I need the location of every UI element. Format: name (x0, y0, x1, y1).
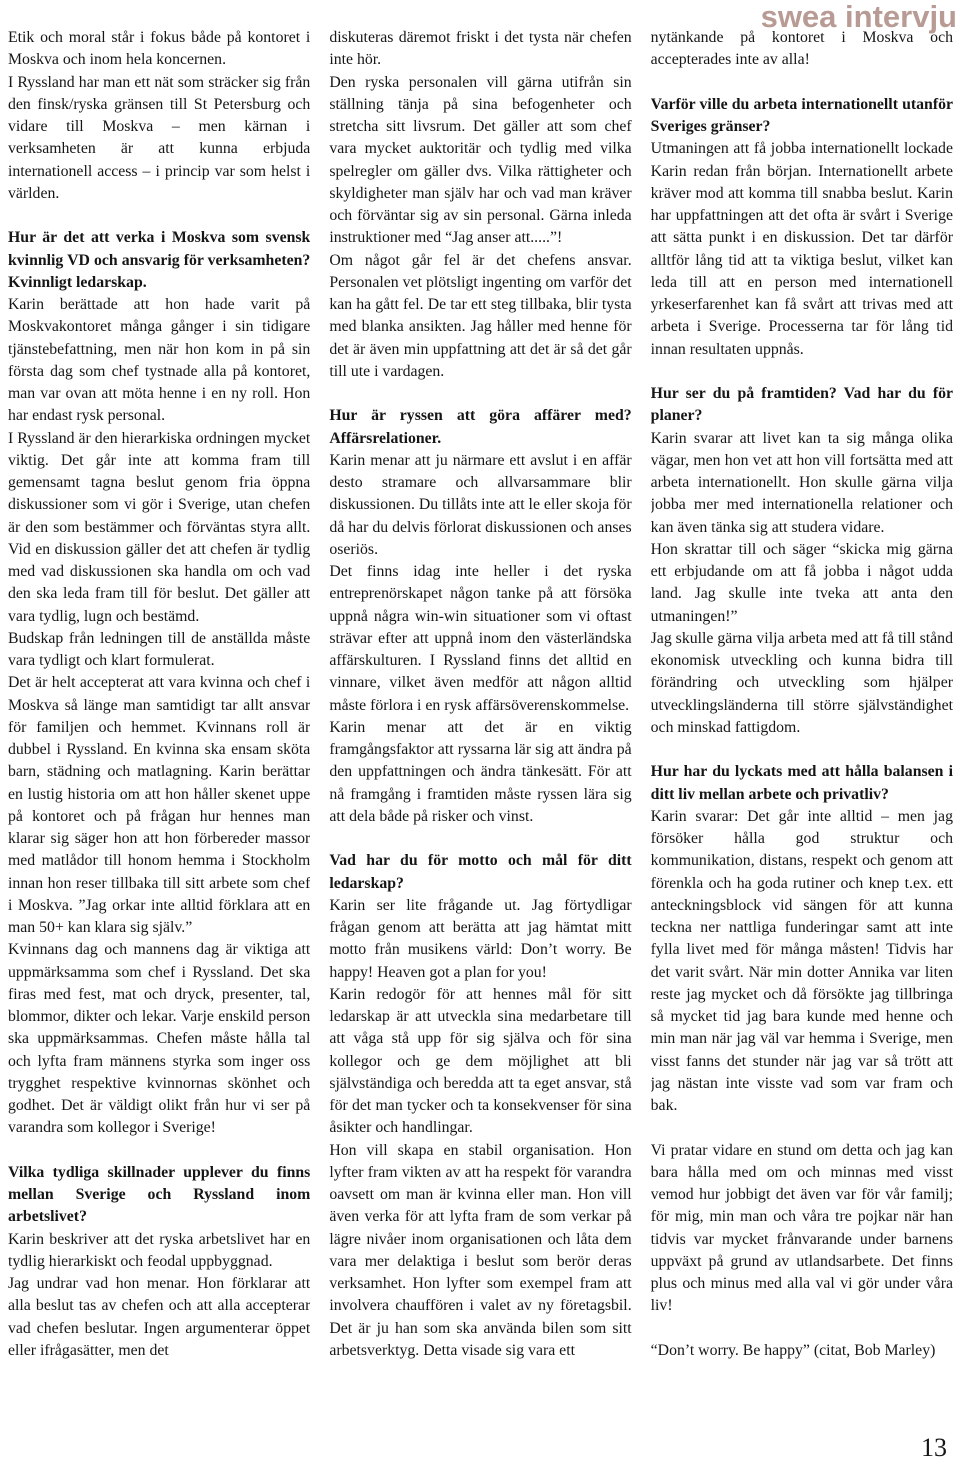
paragraph: “Don’t worry. Be happy” (citat, Bob Marl… (651, 1340, 953, 1362)
paragraph: I Ryssland är den hierarkiska ordningen … (8, 428, 310, 628)
paragraph: Vi pratar vidare en stund om detta och j… (651, 1140, 953, 1318)
spacer (329, 828, 631, 850)
spacer (8, 205, 310, 227)
paragraph: Jag undrar vad hon menar. Hon förklarar … (8, 1273, 310, 1362)
spacer (651, 1318, 953, 1340)
paragraph: Karin svarar att livet kan ta sig många … (651, 428, 953, 539)
paragraph: Karin ser lite frågande ut. Jag förtydli… (329, 895, 631, 984)
section-heading: Varför ville du arbeta internationellt u… (651, 94, 953, 139)
section-heading: Vad har du för motto och mål för ditt le… (329, 850, 631, 895)
spacer (651, 1117, 953, 1139)
section-heading: Hur har du lyckats med att hålla balanse… (651, 761, 953, 806)
column: diskuteras däremot friskt i det tysta nä… (329, 27, 631, 1447)
paragraph: Karin menar att ju närmare ett avslut i … (329, 450, 631, 561)
magazine-page: swea intervju Etik och moral står i foku… (0, 0, 960, 1468)
paragraph: Karin menar att det är en viktig framgån… (329, 717, 631, 828)
paragraph: Karin beskriver att det ryska arbetslive… (8, 1229, 310, 1274)
paragraph: Karin svarar: Det går inte alltid – men … (651, 806, 953, 1118)
paragraph: Etik och moral står i fokus både på kont… (8, 27, 310, 72)
spacer (651, 361, 953, 383)
section-heading: Hur är det att verka i Moskva som svensk… (8, 227, 310, 294)
paragraph: Det är helt accepterat att vara kvinna o… (8, 672, 310, 939)
section-heading: Hur är ryssen att göra affärer med? Affä… (329, 405, 631, 450)
paragraph: Utmaningen att få jobba internationellt … (651, 138, 953, 361)
spacer (651, 739, 953, 761)
paragraph: Kvinnans dag och mannens dag är viktiga … (8, 939, 310, 1139)
paragraph: Karin redogör för att hennes mål för sit… (329, 984, 631, 1140)
paragraph: I Ryssland har man ett nät som sträcker … (8, 72, 310, 206)
section-heading: Hur ser du på framtiden? Vad har du för … (651, 383, 953, 428)
paragraph: Den ryska personalen vill gärna utifrån … (329, 72, 631, 250)
paragraph: Jag skulle gärna vilja arbeta med att få… (651, 628, 953, 739)
paragraph: Hon skrattar till och säger “skicka mig … (651, 539, 953, 628)
paragraph: Det finns idag inte heller i det ryska e… (329, 561, 631, 717)
paragraph: Hon vill skapa en stabil organisation. H… (329, 1140, 631, 1363)
section-heading: Vilka tydliga skillnader upplever du fin… (8, 1162, 310, 1229)
paragraph: diskuteras däremot friskt i det tysta nä… (329, 27, 631, 72)
article-columns: Etik och moral står i fokus både på kont… (8, 27, 953, 1447)
column: nytänkande på kontoret i Moskva och acce… (651, 27, 953, 1447)
page-number: 13 (921, 1435, 947, 1461)
column: Etik och moral står i fokus både på kont… (8, 27, 310, 1447)
paragraph: nytänkande på kontoret i Moskva och acce… (651, 27, 953, 72)
paragraph: Om något går fel är det chefens ansvar. … (329, 250, 631, 384)
paragraph: Budskap från ledningen till de anställda… (8, 628, 310, 673)
spacer (651, 72, 953, 94)
spacer (8, 1140, 310, 1162)
spacer (329, 383, 631, 405)
paragraph: Karin berättade att hon hade varit på Mo… (8, 294, 310, 428)
